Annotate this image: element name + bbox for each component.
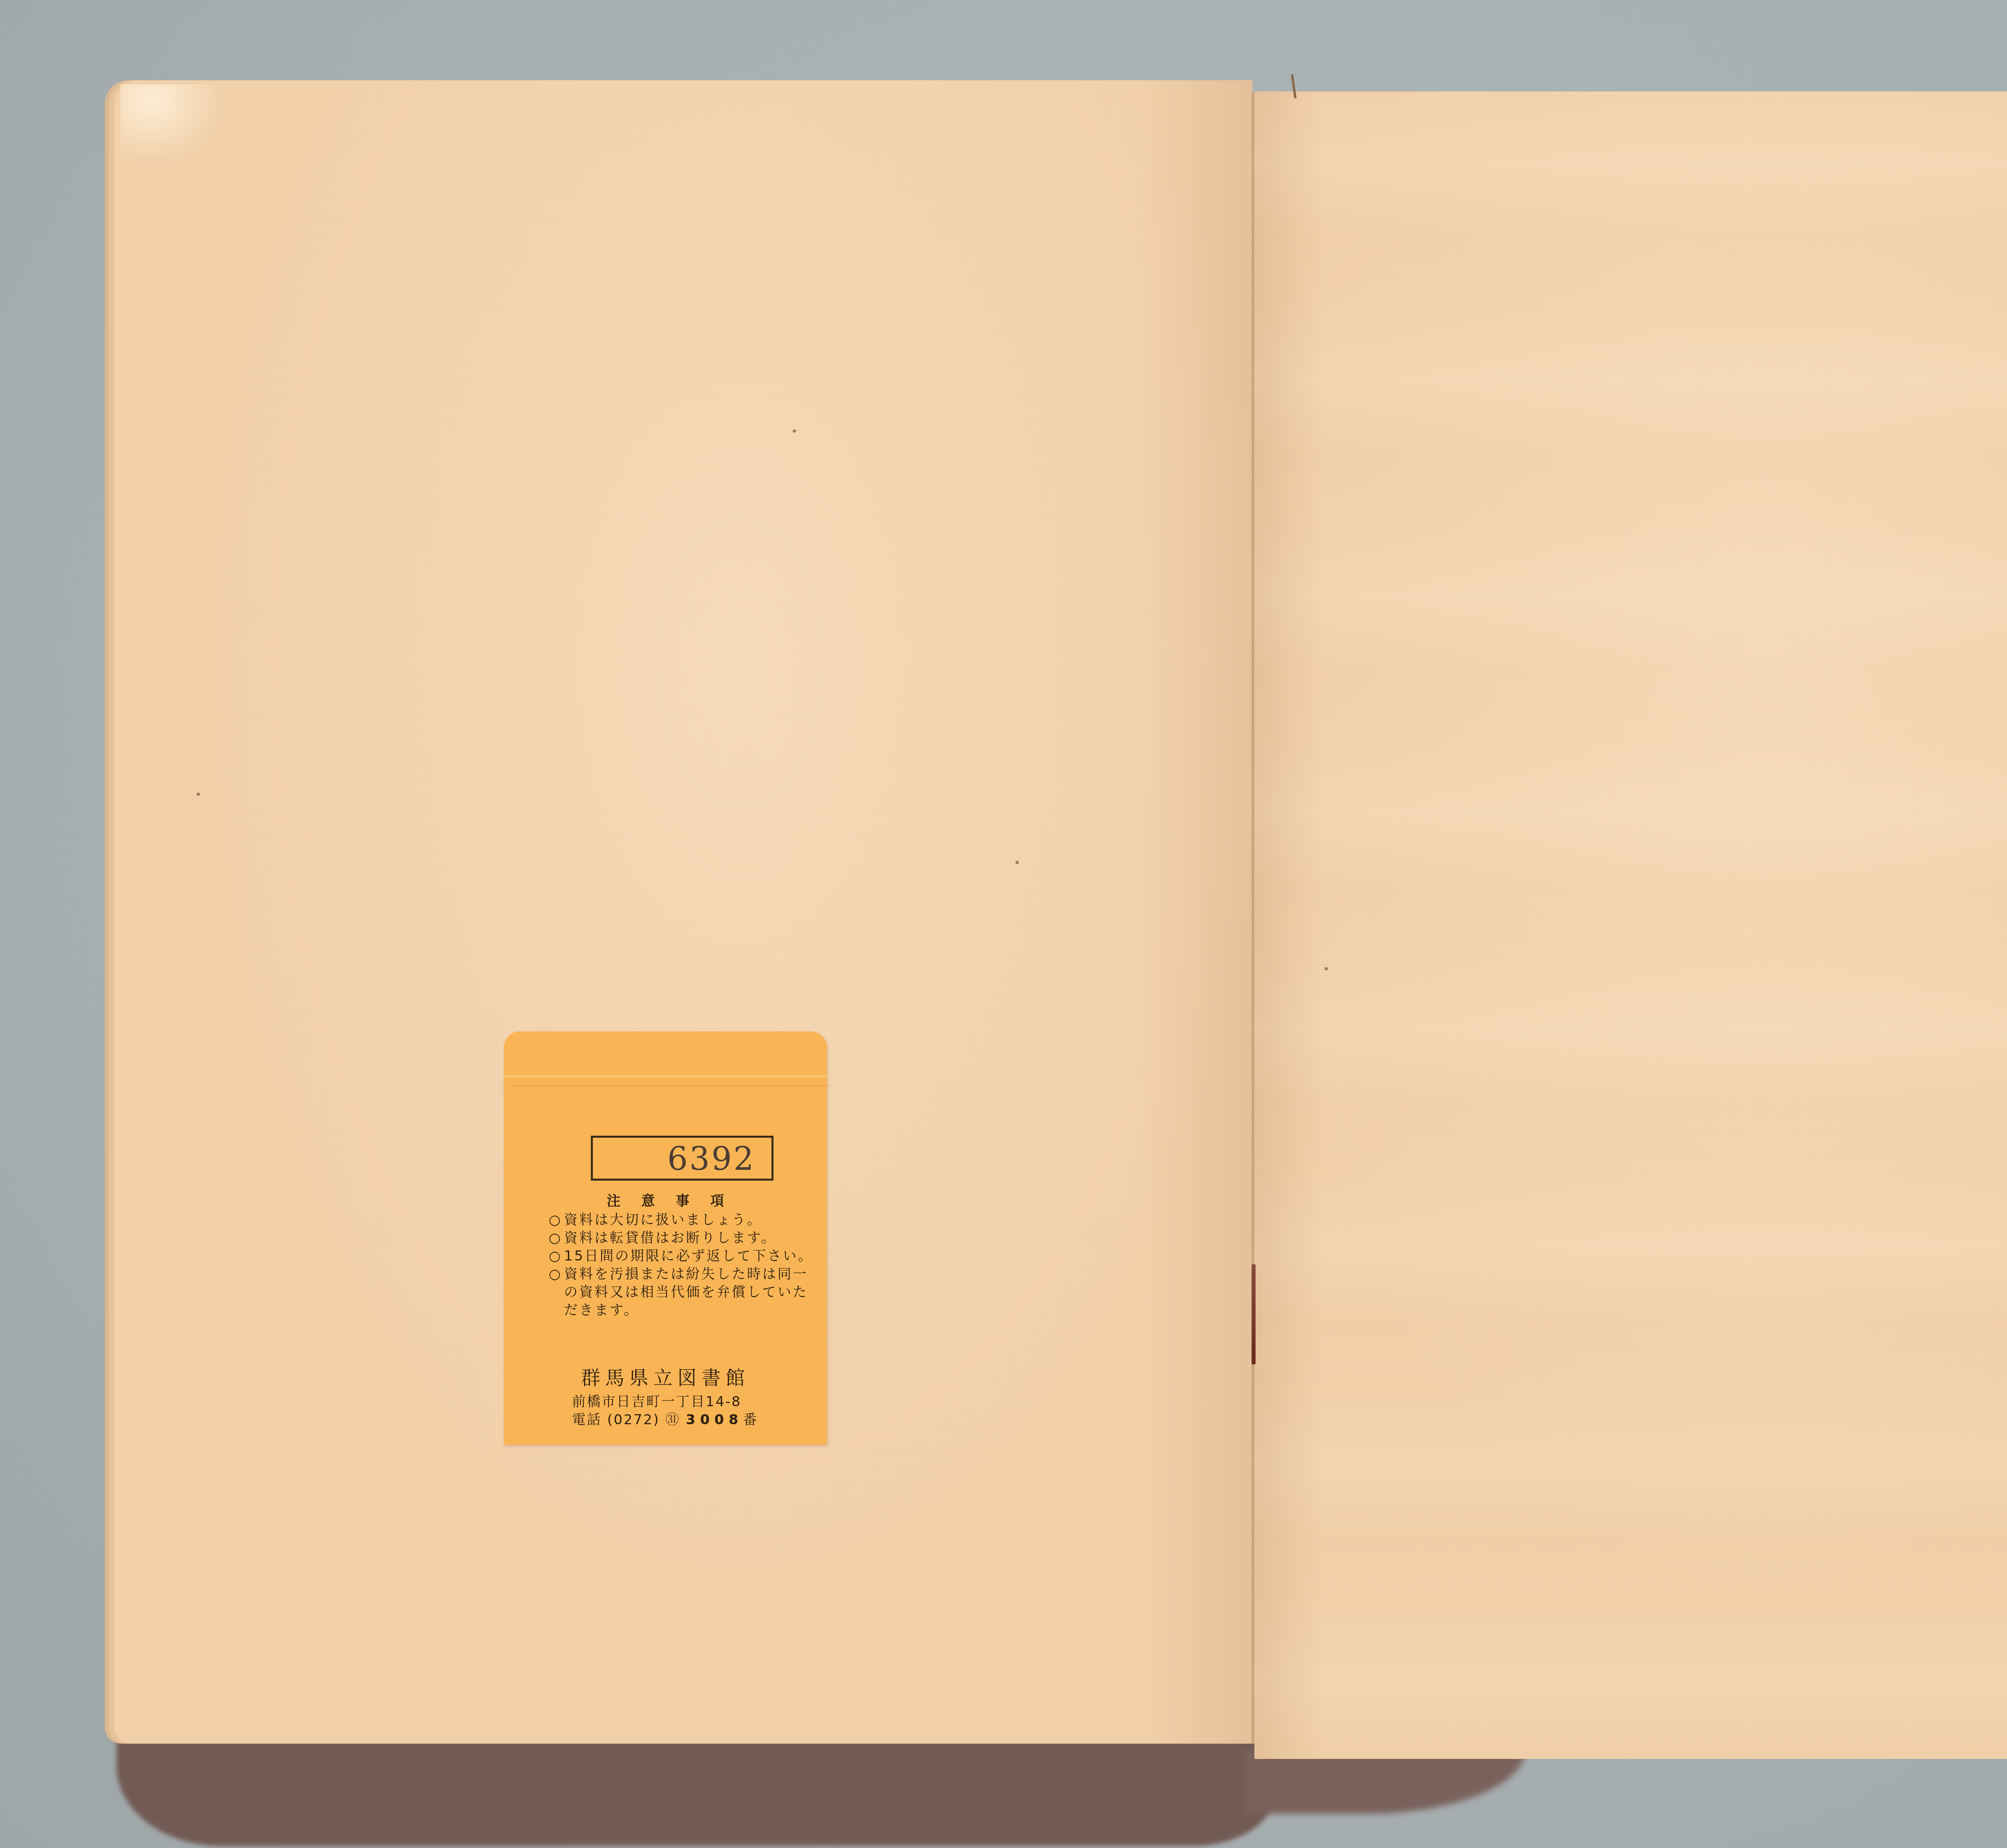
phone-number: 3008 <box>686 1412 743 1428</box>
paper-speck <box>1016 861 1019 864</box>
rule-text: 資料は大切に扱いましょう。 <box>564 1211 822 1229</box>
rule-text: 資料を汚損または紛失した時は同一の資料又は相当代価を弁償していただきます。 <box>564 1265 822 1319</box>
left-page <box>114 80 1252 1744</box>
phone-label: 電話 <box>572 1412 602 1428</box>
book-gutter <box>1252 92 1255 1744</box>
binding-staple <box>1252 1264 1256 1364</box>
paper-speck <box>793 429 796 433</box>
call-number: 6392 <box>667 1140 755 1177</box>
notice-heading: 注意事項 <box>504 1190 827 1210</box>
circle-bullet-icon: ○ <box>549 1247 564 1265</box>
paper-speck <box>1325 967 1328 970</box>
phone-area-code: (0272) <box>607 1412 660 1428</box>
phone-exchange: ㉛ <box>666 1412 680 1428</box>
call-number-box: 6392 <box>591 1136 773 1181</box>
circle-bullet-icon: ○ <box>549 1265 564 1319</box>
circle-bullet-icon: ○ <box>549 1229 564 1247</box>
circle-bullet-icon: ○ <box>549 1211 564 1229</box>
library-phone: 電話 (0272) ㉛ 3008番 <box>572 1409 758 1428</box>
notice-rule: ○ 資料は大切に扱いましょう。 <box>549 1211 822 1229</box>
notice-rule: ○ 資料は転貸借はお断りします。 <box>549 1229 822 1247</box>
rule-text: 15日間の期限に必ず返して下さい。 <box>564 1247 822 1265</box>
right-page <box>1254 91 2007 1759</box>
library-pocket-card: 6392 注意事項 ○ 資料は大切に扱いましょう。 ○ 資料は転貸借はお断りしま… <box>504 1031 827 1445</box>
card-flap-fold <box>504 1075 827 1077</box>
paper-speck <box>197 793 200 796</box>
library-address: 前橋市日吉町一丁目14-8 <box>572 1391 741 1410</box>
book-shadow-left <box>116 1738 1272 1846</box>
library-name: 群馬県立図書館 <box>504 1362 827 1390</box>
phone-suffix: 番 <box>743 1412 758 1428</box>
notice-rule: ○ 15日間の期限に必ず返して下さい。 <box>549 1247 822 1265</box>
card-pocket-edge <box>512 1085 829 1086</box>
notice-rule: ○ 資料を汚損または紛失した時は同一の資料又は相当代価を弁償していただきます。 <box>549 1265 822 1319</box>
corner-crease-top-left <box>120 84 225 165</box>
rule-text: 資料は転貸借はお断りします。 <box>564 1229 822 1247</box>
notice-rules-list: ○ 資料は大切に扱いましょう。 ○ 資料は転貸借はお断りします。 ○ 15日間の… <box>549 1211 822 1319</box>
